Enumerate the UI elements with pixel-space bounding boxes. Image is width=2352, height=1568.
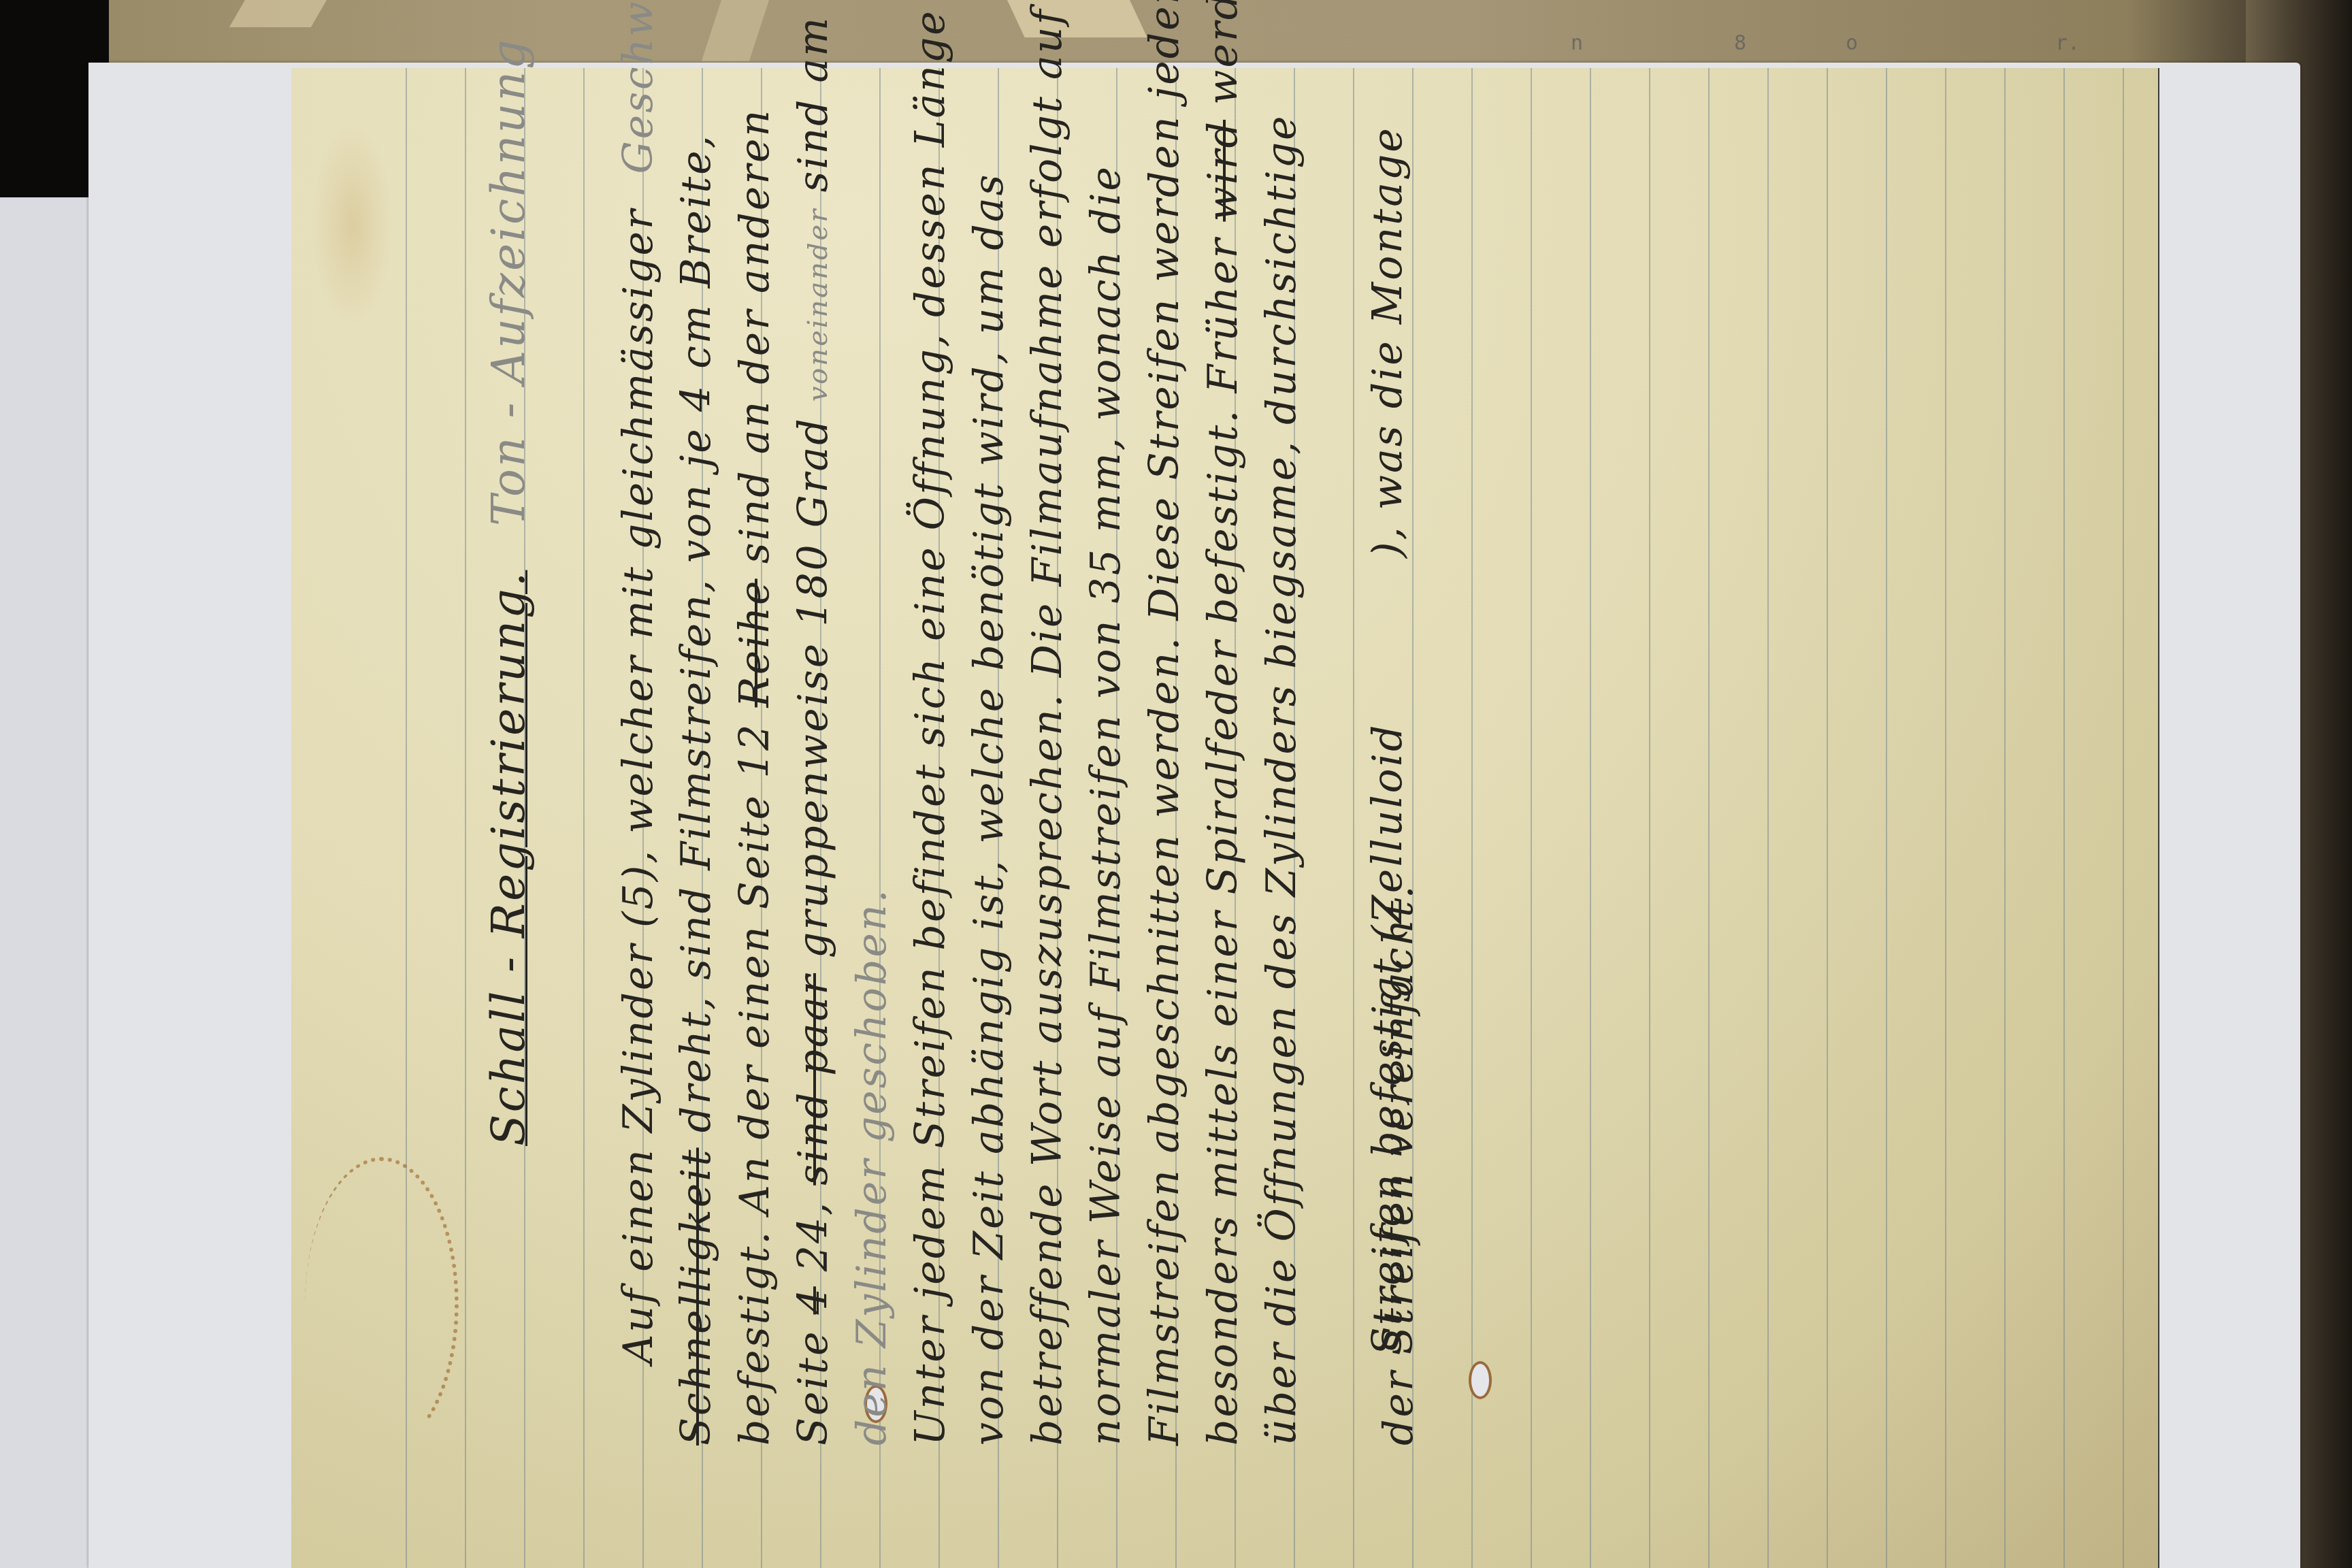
- line-text: werden: [1199, 0, 1247, 105]
- struck-word: Reihe: [731, 578, 779, 707]
- title-ink: Schall - Registrierung.: [482, 570, 536, 1146]
- line-text: Seite: [789, 1330, 837, 1445]
- line-text: befestigt. An der einen: [731, 924, 779, 1445]
- line-text: dreht, sind Filmstreifen, von je 4 cm Br…: [672, 133, 720, 1132]
- struck-word: 4: [789, 1286, 837, 1314]
- line-text: Unter jedem Streifen befindet sich eine …: [906, 9, 954, 1445]
- text-line-14: der Streifen vereinfacht.: [1375, 883, 1422, 1445]
- line-text: der Streifen vereinfacht.: [1375, 883, 1422, 1445]
- text-line-6: Unter jedem Streifen befindet sich eine …: [906, 9, 954, 1445]
- text-line-2: Schnelligkeit dreht, sind Filmstreifen, …: [672, 133, 720, 1445]
- folder-typed-glyph: o: [1846, 31, 1858, 55]
- text-line-7: von der Zeit abhängig ist, welche benöti…: [965, 173, 1013, 1445]
- line-text: sind am: [789, 16, 837, 193]
- line-text: von der Zeit abhängig ist, welche benöti…: [965, 173, 1013, 1445]
- struck-word: wird: [1199, 120, 1247, 222]
- line-text: betreffende Wort auszusprechen. Die Film…: [1024, 7, 1071, 1445]
- line-text: normaler Weise auf Filmstreifen von 35 m…: [1082, 165, 1130, 1445]
- folder-typed-glyph: n: [1571, 31, 1583, 55]
- document-title: Schall - Registrierung. Ton - Aufzeichnu…: [482, 37, 536, 1146]
- line-text: den Zylinder geschoben.: [848, 887, 896, 1445]
- text-line-10: Filmstreifen abgeschnitten werden. Diese…: [1141, 0, 1188, 1445]
- folder-typed-glyph: r.: [2055, 31, 2080, 55]
- backing-sheet: [0, 197, 95, 1568]
- folder-torn-flap: [229, 0, 327, 27]
- pencil-insert: voneinander: [802, 208, 834, 402]
- line-text: sind an der anderen: [731, 108, 779, 563]
- line-text: Seite 12: [731, 722, 779, 909]
- text-line-8: betreffende Wort auszusprechen. Die Film…: [1024, 7, 1071, 1445]
- struck-word: Schnelligkeit: [672, 1147, 720, 1445]
- line-text: Filmstreifen abgeschnitten werden. Diese…: [1141, 0, 1188, 1445]
- handwritten-text: Schall - Registrierung. Ton - Aufzeichnu…: [291, 68, 2159, 1568]
- text-line-4: Seite 4 24, sind paar gruppenweise 180 G…: [789, 16, 837, 1445]
- struck-word: sind paar: [789, 973, 837, 1186]
- line-text: gruppenweise 180 Grad: [789, 416, 837, 958]
- manuscript-page: Schall - Registrierung. Ton - Aufzeichnu…: [291, 68, 2159, 1568]
- line-text: besonders mittels einer Spiralfeder befe…: [1199, 237, 1247, 1445]
- folder-typed-glyph: 8: [1734, 31, 1746, 55]
- text-line-5: den Zylinder geschoben.: [848, 887, 896, 1445]
- line-text: Auf einen Zylinder (5), welcher mit glei…: [615, 208, 662, 1364]
- text-line-3: befestigt. An der einen Seite 12 Reihe s…: [731, 108, 779, 1445]
- line-text: über die Öffnungen des Zylinders biegsam…: [1258, 114, 1305, 1445]
- text-line-12: über die Öffnungen des Zylinders biegsam…: [1258, 114, 1305, 1445]
- title-pencil-addition: Ton - Aufzeichnung: [482, 37, 536, 526]
- pencil-addition: Geschwindigkeit: [615, 0, 662, 174]
- text-line-9: normaler Weise auf Filmstreifen von 35 m…: [1082, 165, 1130, 1445]
- text-line-1: Auf einen Zylinder (5), welcher mit glei…: [615, 0, 662, 1364]
- line-text: 24,: [789, 1200, 837, 1271]
- text-line-11: besonders mittels einer Spiralfeder befe…: [1199, 0, 1247, 1445]
